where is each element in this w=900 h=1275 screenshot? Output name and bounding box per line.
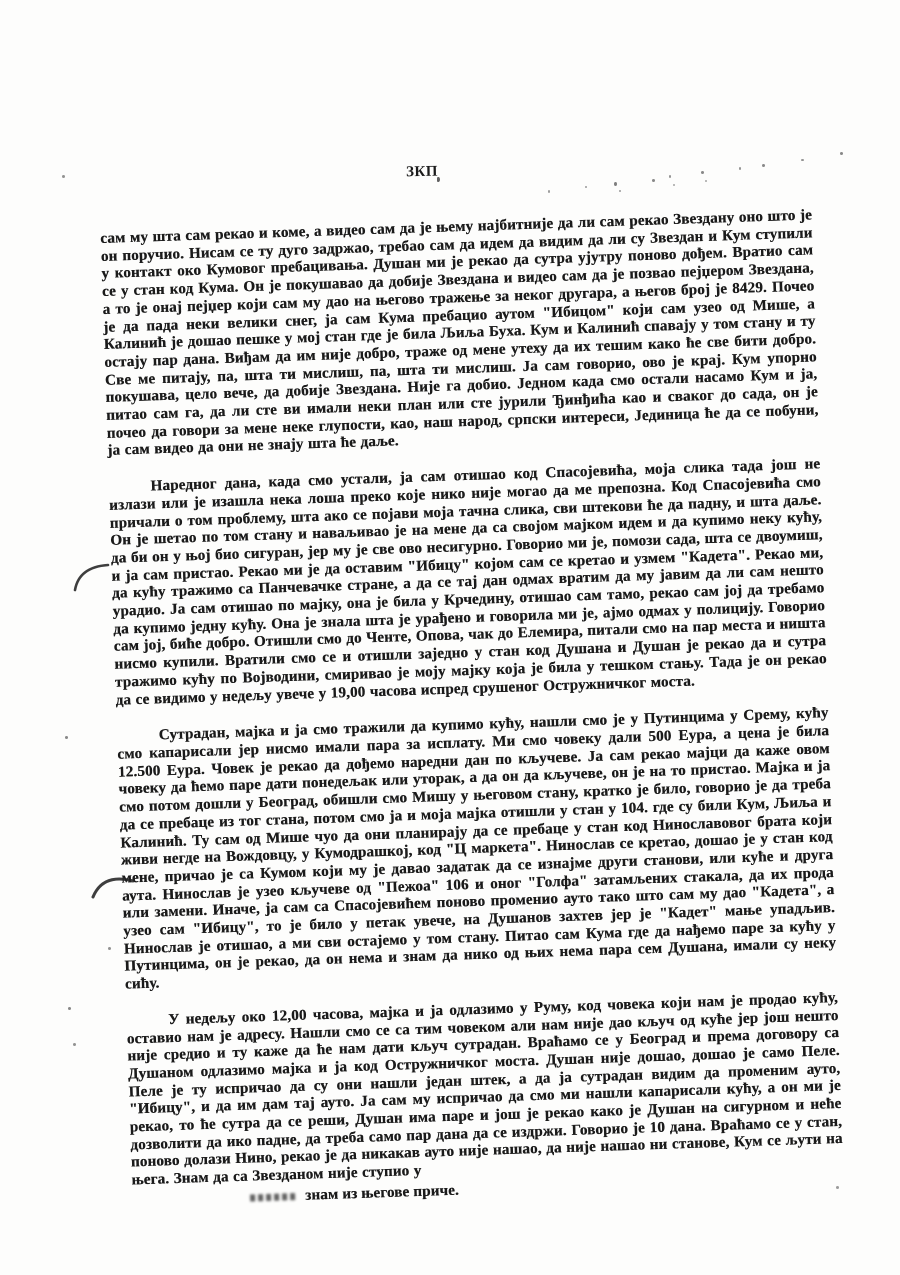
scan-speck — [836, 1186, 839, 1189]
paragraph-3: Сутрадан, мајка и ја смо тражили да купи… — [117, 705, 837, 994]
paragraph-4: У недељу око 12,00 часова, мајка и ја од… — [126, 990, 843, 1191]
scan-speck — [62, 175, 65, 178]
scan-speck — [840, 152, 843, 155]
scan-speck — [108, 947, 111, 950]
scan-speck — [548, 190, 550, 193]
paragraph-2: Наредног дана, када смо устали, ја сам о… — [108, 456, 827, 710]
scan-speck — [73, 1043, 76, 1046]
pen-mark — [72, 558, 114, 596]
scan-speck — [619, 190, 621, 192]
scan-speck — [585, 186, 587, 188]
scan-speck — [614, 182, 617, 186]
scan-speck — [673, 184, 675, 186]
final-line-text: знам из његове приче. — [305, 1182, 459, 1203]
scan-speck — [705, 180, 707, 182]
scan-speck — [652, 179, 655, 182]
scan-speck — [762, 164, 765, 167]
scan-speck — [669, 175, 671, 178]
scan-speck — [65, 736, 68, 739]
scan-speck — [68, 1007, 71, 1010]
scan-speck — [801, 159, 804, 161]
cut-off-word-smudge — [250, 1193, 296, 1202]
scan-speck — [739, 167, 741, 170]
scanned-document-page: ЗКП сам му шта сам рекао и коме, а видео… — [0, 0, 900, 1275]
scan-speck — [701, 171, 704, 174]
document-header: ЗКП — [406, 163, 438, 182]
paragraph-1: сам му шта сам рекао и коме, а видео сам… — [100, 207, 819, 461]
scan-speck — [437, 177, 440, 182]
document-body: сам му шта сам рекао и коме, а видео сам… — [100, 207, 844, 1211]
